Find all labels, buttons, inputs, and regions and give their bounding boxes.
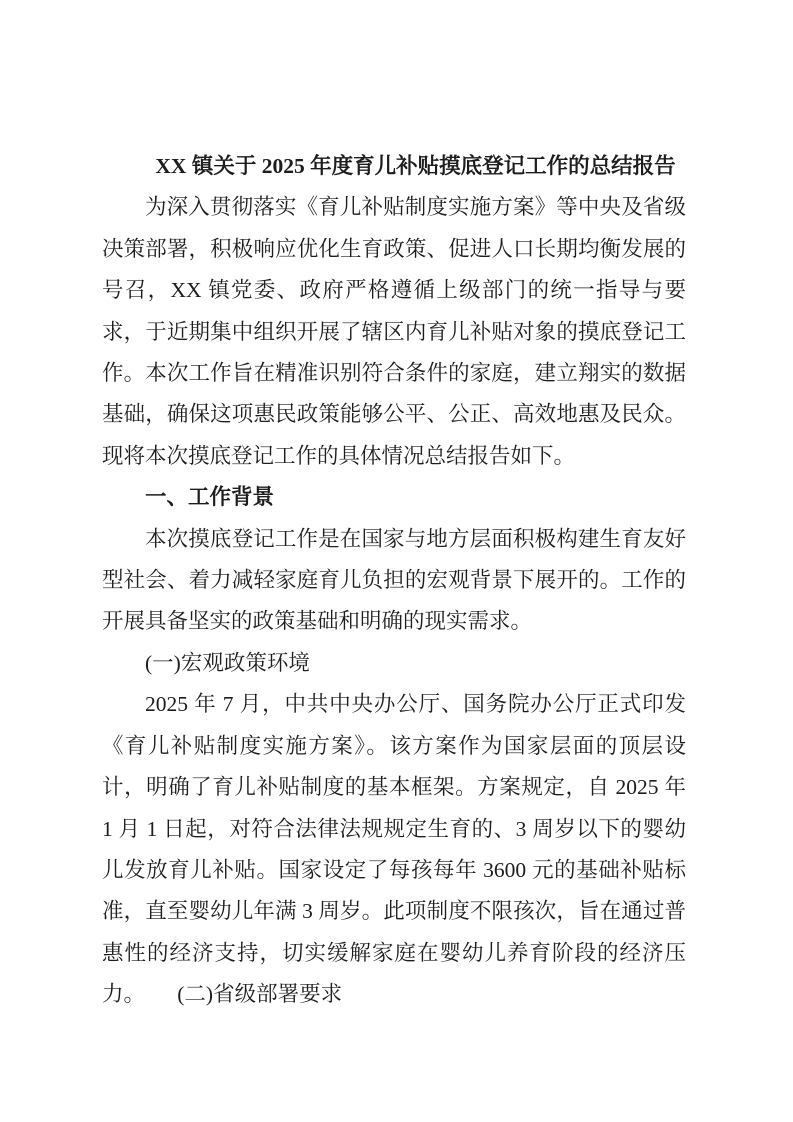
- document-page: XX 镇关于 2025 年度育儿补贴摸底登记工作的总结报告 为深入贯彻落实《育儿…: [0, 0, 793, 1122]
- paragraph-background: 本次摸底登记工作是在国家与地方层面积极构建生育友好型社会、着力减轻家庭育儿负担的…: [102, 519, 686, 643]
- section-heading-work-background: 一、工作背景: [102, 477, 686, 518]
- document-title: XX 镇关于 2025 年度育儿补贴摸底登记工作的总结报告: [102, 146, 686, 187]
- paragraph-intro: 为深入贯彻落实《育儿补贴制度实施方案》等中央及省级决策部署，积极响应优化生育政策…: [102, 187, 686, 477]
- paragraph-policy-detail: 2025 年 7 月，中共中央办公厅、国务院办公厅正式印发《育儿补贴制度实施方案…: [102, 684, 686, 1015]
- subsection-heading-macro-policy: (一)宏观政策环境: [102, 643, 686, 684]
